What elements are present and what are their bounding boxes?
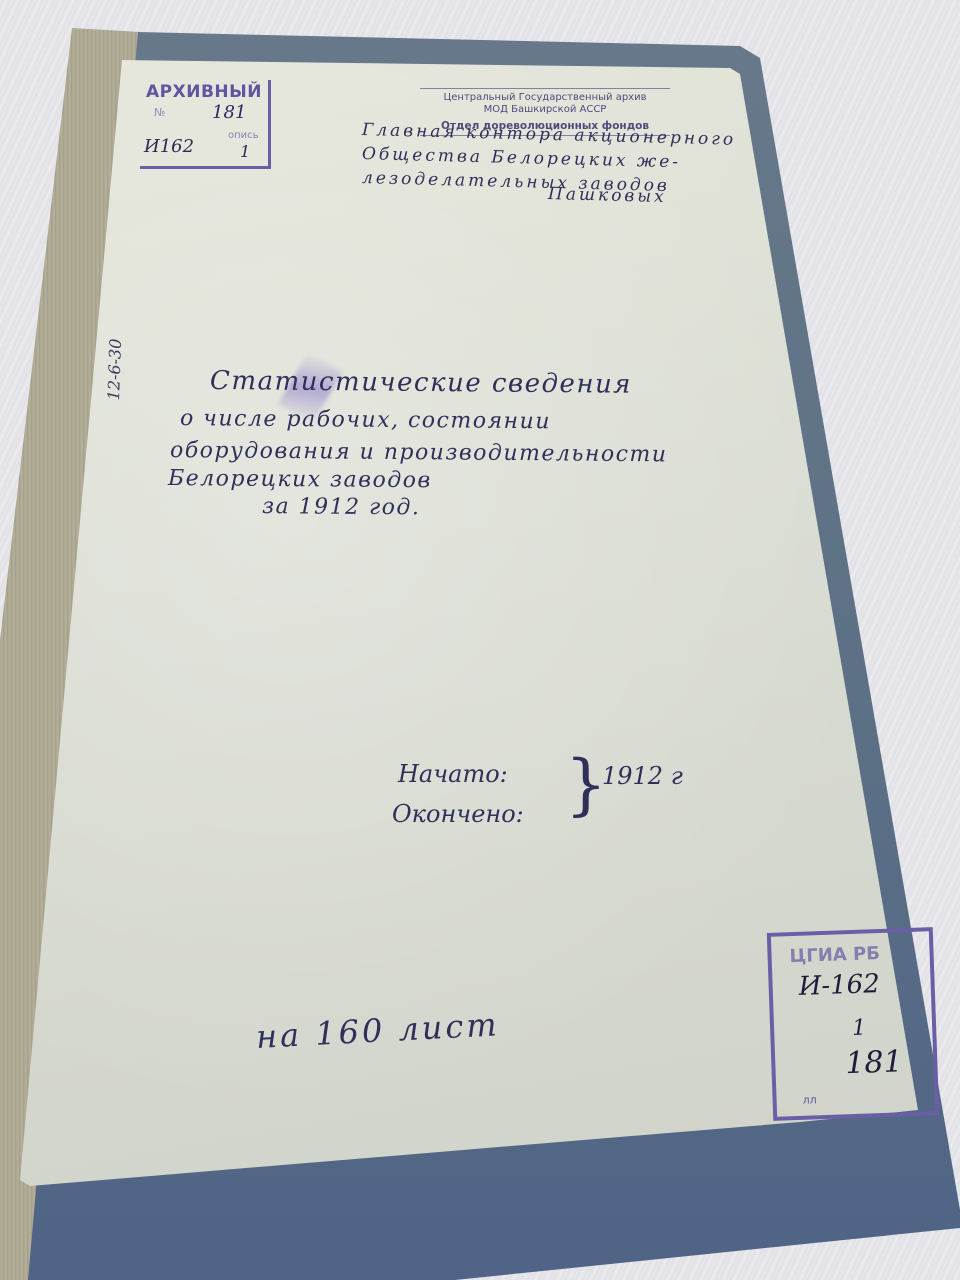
date-year: 1912 г [602,762,683,790]
title-line-4: Белорецких заводов [168,466,432,493]
ended-label: Окончено: [392,800,524,828]
stamp-footer: лл [802,1093,817,1106]
stamp-archive-label: ЦГИА РБ [789,943,880,967]
stamp-opis-label: опись [228,130,259,141]
stamp-delo-value: 181 [845,1044,903,1081]
header-line-2: МОД Башкирской АССР [420,104,670,116]
stamp-number-label: № [154,106,165,119]
organization-line-4: Пашковых [548,184,667,207]
stamp-title: АРХИВНЫЙ [146,82,262,102]
archive-stamp-bottom-right: ЦГИА РБ И-162 1 181 лл [767,927,939,1121]
stamp-number: 181 [212,102,246,123]
stamp-opis: 1 [240,142,250,161]
title-line-2: о числе рабочих, состоянии [180,406,551,434]
title-line-1: Статистические сведения [210,366,632,400]
archive-folder: АРХИВНЫЙ № 181 И162 опись 1 Центральный … [0,0,960,1280]
title-line-3: оборудования и производительности [170,438,668,467]
title-line-5: за 1912 год. [262,494,421,520]
stamp-opis-value: 1 [852,1016,867,1041]
date-brace: } [565,752,607,818]
started-label: Начато: [398,760,508,788]
archive-stamp-top-left: АРХИВНЫЙ № 181 И162 опись 1 [140,80,271,169]
header-line-1: Центральный Государственный архив [420,92,670,104]
stamp-fond-value: И-162 [798,969,880,1002]
stamp-fond: И162 [144,136,194,157]
side-archive-code: 12-6-30 [104,338,125,400]
